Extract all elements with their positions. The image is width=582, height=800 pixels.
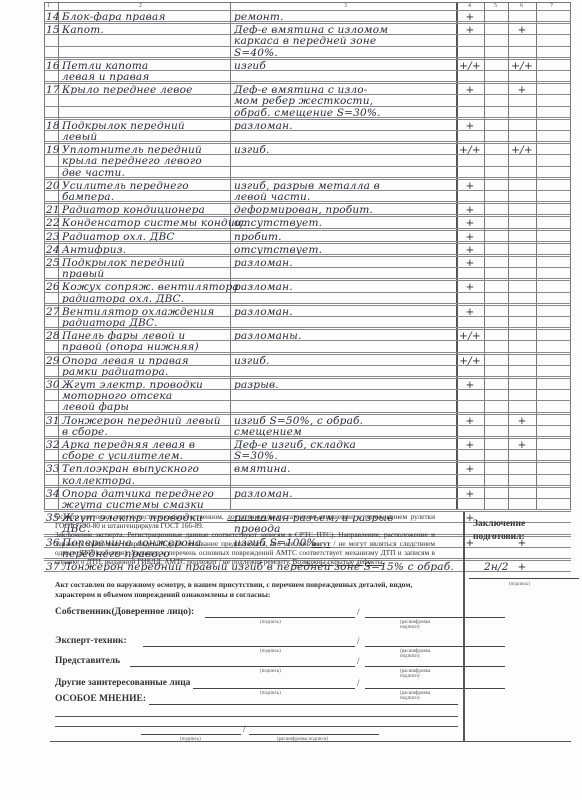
row-rule — [44, 10, 571, 11]
table-row: 24Антифриз.отсутствует.+ — [44, 244, 571, 257]
row-rule — [44, 154, 571, 155]
slash: / — [243, 724, 246, 734]
row-rule — [44, 190, 571, 191]
inspection-conditions: Осмотр состоялся при естественном/искусс… — [55, 512, 435, 566]
row-rule — [44, 280, 571, 281]
conclusion-title: Заключение подготовил: — [473, 518, 525, 544]
expert-signature-row: Эксперт-техник: / (подпись) (расшифровка… — [55, 636, 435, 654]
conclusion-title-line1: Заключение — [473, 519, 525, 529]
row-rule — [44, 166, 571, 167]
opinion-signature-field[interactable] — [141, 724, 241, 735]
row-rule — [44, 412, 571, 413]
row-rule — [44, 400, 571, 401]
row-rule — [44, 254, 571, 255]
expert-can: могут — [311, 539, 330, 548]
row-rule — [44, 292, 571, 293]
row-rule — [44, 201, 571, 202]
others-label: Другие заинтересованные лица — [55, 678, 190, 688]
row-rule — [44, 316, 571, 317]
expert-label: Эксперт-техник: — [55, 636, 127, 646]
expert-signature-field[interactable] — [143, 636, 355, 647]
table-row: 17Крыло переднее левоеДеф-е вмятина с из… — [44, 84, 571, 120]
row-rule — [44, 460, 571, 461]
row-rule — [44, 241, 571, 242]
opinion-line-2[interactable] — [55, 716, 458, 717]
row-rule — [44, 59, 571, 60]
row-rule — [44, 340, 571, 341]
row-rule — [44, 303, 571, 304]
row-rule — [44, 352, 571, 353]
bottom-rule — [50, 741, 571, 742]
row-rule — [44, 389, 571, 390]
row-rule — [44, 179, 571, 180]
row-rule — [44, 141, 571, 142]
table-row: 15Капот.Деф-е вмятина с изломомкаркаса в… — [44, 24, 571, 60]
col-number: 7 — [550, 3, 553, 9]
row-rule — [44, 70, 571, 71]
table-row: 19Уплотнитель переднийкрыла переднего ле… — [44, 144, 571, 180]
row-rule — [44, 354, 571, 355]
row-rule — [44, 106, 571, 107]
row-rule — [44, 130, 571, 131]
signature-caption: (подпись) — [260, 669, 281, 674]
row-rule — [44, 474, 571, 475]
act-statement: Акт составлен по наружному осмотру, в на… — [55, 580, 435, 600]
row-rule — [44, 143, 571, 144]
row-rule — [44, 305, 571, 306]
row-rule — [44, 83, 571, 84]
opinion-signature-row: / (подпись) (расшифровка подписи) — [55, 724, 435, 742]
signature-caption: (подпись) — [260, 620, 281, 625]
slash: / — [357, 636, 360, 646]
row-rule — [44, 23, 571, 24]
signature-caption: (подпись) — [260, 649, 281, 654]
row-rule — [44, 487, 571, 488]
others-signature-field[interactable] — [193, 678, 355, 689]
row-rule — [44, 214, 571, 215]
col-number: 1 — [47, 3, 50, 9]
table-row: 23Радиатор охл. ДВСпробит.+ — [44, 231, 571, 244]
inspection-underlined: достаточном — [227, 512, 266, 521]
owner-signature-row: Собственник(Доверенное лицо): / (подпись… — [55, 607, 435, 625]
opinion-row: ОСОБОЕ МНЕНИЕ: — [55, 694, 435, 712]
slash: / — [357, 678, 360, 688]
row-rule — [44, 485, 571, 486]
row-rule — [44, 498, 571, 499]
row-rule — [44, 425, 571, 426]
conclusion-block: Заключение подготовил: (подпись) — [463, 512, 582, 742]
row-rule — [44, 376, 571, 377]
row-rule — [44, 57, 571, 58]
col-number: 3 — [344, 3, 347, 9]
table-row: 22Конденсатор системы кондиц.отсутствует… — [44, 217, 571, 230]
row-rule — [44, 365, 571, 366]
expert-end: . — [383, 557, 385, 566]
row-rule — [44, 256, 571, 257]
row-rule — [44, 267, 571, 268]
damage-table: 1 2 3 4 5 6 7 14Блок-фара праваяремонт.+… — [44, 2, 571, 510]
conclusion-signature-field[interactable] — [469, 578, 579, 579]
hidden-defects: Возможны скрытые дефекты — [292, 557, 382, 566]
row-rule — [44, 278, 571, 279]
representative-signature-row: Представитель / (подпись) (расшифровка п… — [55, 656, 435, 674]
row-rule — [44, 414, 571, 415]
conclusion-signature-caption: (подпись) — [509, 582, 530, 587]
row-rule — [44, 94, 571, 95]
row-rule — [44, 34, 571, 35]
representative-signature-field[interactable] — [130, 656, 355, 667]
row-rule — [44, 438, 571, 439]
row-rule — [44, 228, 571, 229]
table-row: 21Радиатор кондиционерадеформирован, про… — [44, 204, 571, 217]
representative-label: Представитель — [55, 656, 120, 666]
row-rule — [44, 436, 571, 437]
row-rule — [44, 81, 571, 82]
row-rule — [44, 119, 571, 120]
inspection-text: Осмотр состоялся при естественном/искусс… — [55, 512, 227, 521]
opinion-label: ОСОБОЕ МНЕНИЕ: — [55, 694, 146, 704]
conclusion-title-line2: подготовил: — [473, 532, 525, 542]
inspection-form-page: 1 2 3 4 5 6 7 14Блок-фара праваяремонт.+… — [0, 0, 582, 800]
owner-label: Собственник(Доверенное лицо): — [55, 607, 194, 617]
row-rule — [44, 462, 571, 463]
owner-signature-field[interactable] — [205, 607, 355, 618]
row-rule — [44, 21, 571, 22]
row-rule — [44, 216, 571, 217]
col-number: 2 — [139, 3, 142, 9]
row-rule — [44, 378, 571, 379]
row-rule — [44, 327, 571, 328]
col-number: 4 — [468, 3, 471, 9]
row-rule — [44, 329, 571, 330]
row-rule — [44, 230, 571, 231]
row-rule — [44, 117, 571, 118]
row-rule — [44, 203, 571, 204]
row-rule — [44, 509, 571, 510]
table-row: 30Жгут электр. проводкимоторного отсекал… — [44, 379, 571, 415]
row-rule — [44, 449, 571, 450]
decode-caption: (расшифровка подписи) — [400, 620, 435, 630]
opinion-decode-field[interactable] — [249, 724, 379, 735]
row-rule — [44, 243, 571, 244]
row-rule — [44, 177, 571, 178]
slash: / — [357, 607, 360, 617]
col-number: 6 — [520, 3, 523, 9]
opinion-field[interactable] — [149, 694, 458, 705]
slash: / — [357, 656, 360, 666]
row-rule — [44, 46, 571, 47]
col-number: 5 — [494, 3, 497, 9]
